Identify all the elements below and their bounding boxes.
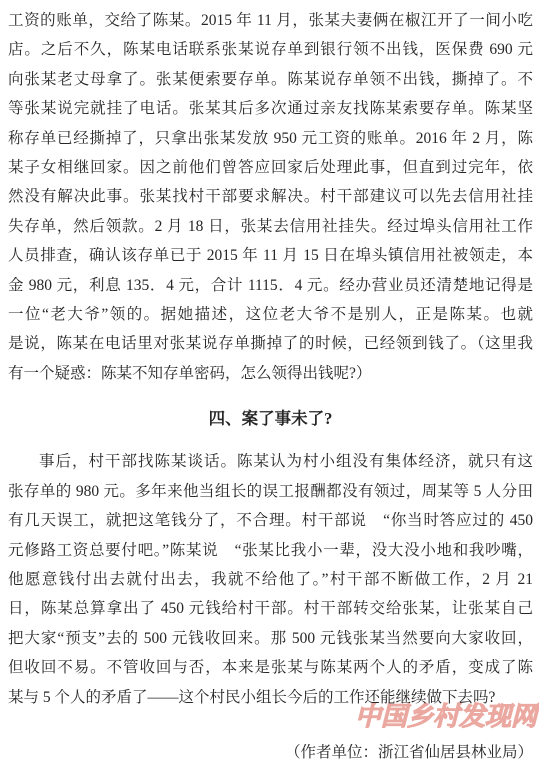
text-line: 失存单，然后领款。2 月 18 日，张某去信用社挂失。经过埠头信用社工作 xyxy=(8,212,533,241)
text-line: 称存单已经撕掉了，只拿出张某发放 950 元工资的账单。2016 年 2 月，陈 xyxy=(8,124,533,153)
text-line: 某与 5 个人的矛盾了——这个村民小组长今后的工作还能继续做下去吗? xyxy=(8,683,533,712)
text-line: 向张某老丈母拿了。张某便索要存单。陈某说存单领不出钱，撕掉了。不 xyxy=(8,65,533,94)
paragraph-continued: 工资的账单，交给了陈某。2015 年 11 月，张某夫妻俩在椒江开了一间小吃 店… xyxy=(8,6,533,388)
text-line: 等张某说完就挂了电话。张某其后多次通过亲友找陈某索要存单。陈某坚 xyxy=(8,94,533,123)
text-line: 事后，村干部找陈某谈话。陈某认为村小组没有集体经济，就只有这 xyxy=(8,447,533,476)
text-line: 是说，陈某在电话里对张某说存单撕掉了的时候，已经领到钱了。（这里我 xyxy=(8,329,533,358)
text-line: 然没有解决此事。张某找村干部要求解决。村干部建议可以先去信用社挂 xyxy=(8,182,533,211)
text-line: 有一个疑惑：陈某不知存单密码，怎么领得出钱呢?） xyxy=(8,359,533,388)
section-heading: 四、案了事未了? xyxy=(8,404,533,433)
text-line: 元修路工资总要付吧。”陈某说 “张某比我小一辈，没大没小地和我吵嘴， xyxy=(8,536,533,565)
text-line: 张存单的 980 元。多年来他当组长的误工报酬都没有领过，周某等 5 人分田 xyxy=(8,477,533,506)
text-line: 日，陈某总算拿出了 450 元钱给村干部。村干部转交给张某，让张某自己 xyxy=(8,594,533,623)
text-line: 工资的账单，交给了陈某。2015 年 11 月，张某夫妻俩在椒江开了一间小吃 xyxy=(8,6,533,35)
text-line: 一位“老大爷”领的。据她描述，这位老大爷不是别人，正是陈某。也就 xyxy=(8,300,533,329)
text-line: 金 980 元，利息 135．4 元，合计 1115．4 元。经办营业员还清楚地… xyxy=(8,271,533,300)
text-line: 店。之后不久，陈某电话联系张某说存单到银行领不出钱，医保费 690 元 xyxy=(8,35,533,64)
document-page: 中国乡村发现网 工资的账单，交给了陈某。2015 年 11 月，张某夫妻俩在椒江… xyxy=(0,0,539,767)
paragraph-aftermath: 事后，村干部找陈某谈话。陈某认为村小组没有集体经济，就只有这 张存单的 980 … xyxy=(8,447,533,712)
article-body: 工资的账单，交给了陈某。2015 年 11 月，张某夫妻俩在椒江开了一间小吃 店… xyxy=(8,6,533,767)
author-credit: （作者单位：浙江省仙居县林业局） xyxy=(8,738,533,767)
text-line: 他愿意钱付出去就付出去，我就不给他了。”村干部不断做工作，2 月 21 xyxy=(8,565,533,594)
text-line: 把大家“预支”去的 500 元钱收回来。那 500 元钱张某当然要向大家收回， xyxy=(8,624,533,653)
text-line: 某子女相继回家。因之前他们曾答应回家后处理此事，但直到过完年，依 xyxy=(8,153,533,182)
text-line: 人员排查，确认该存单已于 2015 年 11 月 15 日在埠头镇信用社被领走，… xyxy=(8,241,533,270)
text-line: 但收回不易。不管收回与否，本来是张某与陈某两个人的矛盾，变成了陈 xyxy=(8,653,533,682)
text-line: 有几天误工，就把这笔钱分了，不合理。村干部说 “你当时答应过的 450 xyxy=(8,506,533,535)
